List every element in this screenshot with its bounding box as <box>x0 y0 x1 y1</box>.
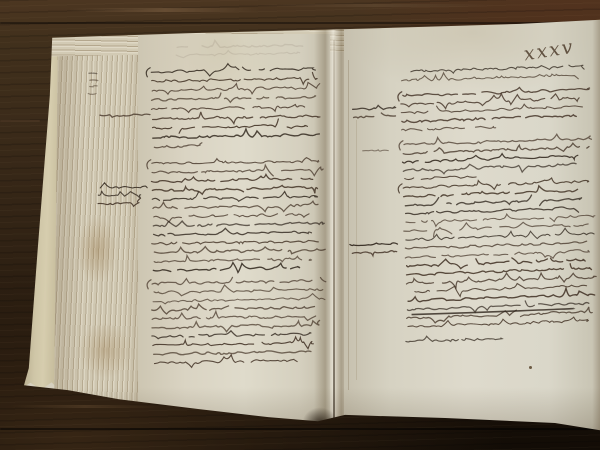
margin-note-scribble <box>87 66 110 106</box>
manuscript-photo: xxxv <box>0 0 600 450</box>
script-line-group <box>151 275 341 378</box>
script-line-group <box>405 332 520 356</box>
wood-grain-streak <box>255 4 495 7</box>
margin-note-scribble <box>349 237 412 267</box>
wood-grain-streak <box>70 8 260 12</box>
wood-grain-streak <box>0 120 40 122</box>
wood-grain-streak <box>10 405 160 408</box>
wood-plank-seam <box>0 22 600 24</box>
ink-speck <box>529 366 532 369</box>
script-line-group <box>150 63 336 163</box>
wood-plank-seam <box>0 428 600 430</box>
margin-note-scribble <box>360 144 403 165</box>
left-page-handwriting <box>80 51 338 385</box>
right-page-handwriting <box>338 33 600 354</box>
script-line-group <box>150 155 338 286</box>
open-book: xxxv <box>0 0 600 450</box>
